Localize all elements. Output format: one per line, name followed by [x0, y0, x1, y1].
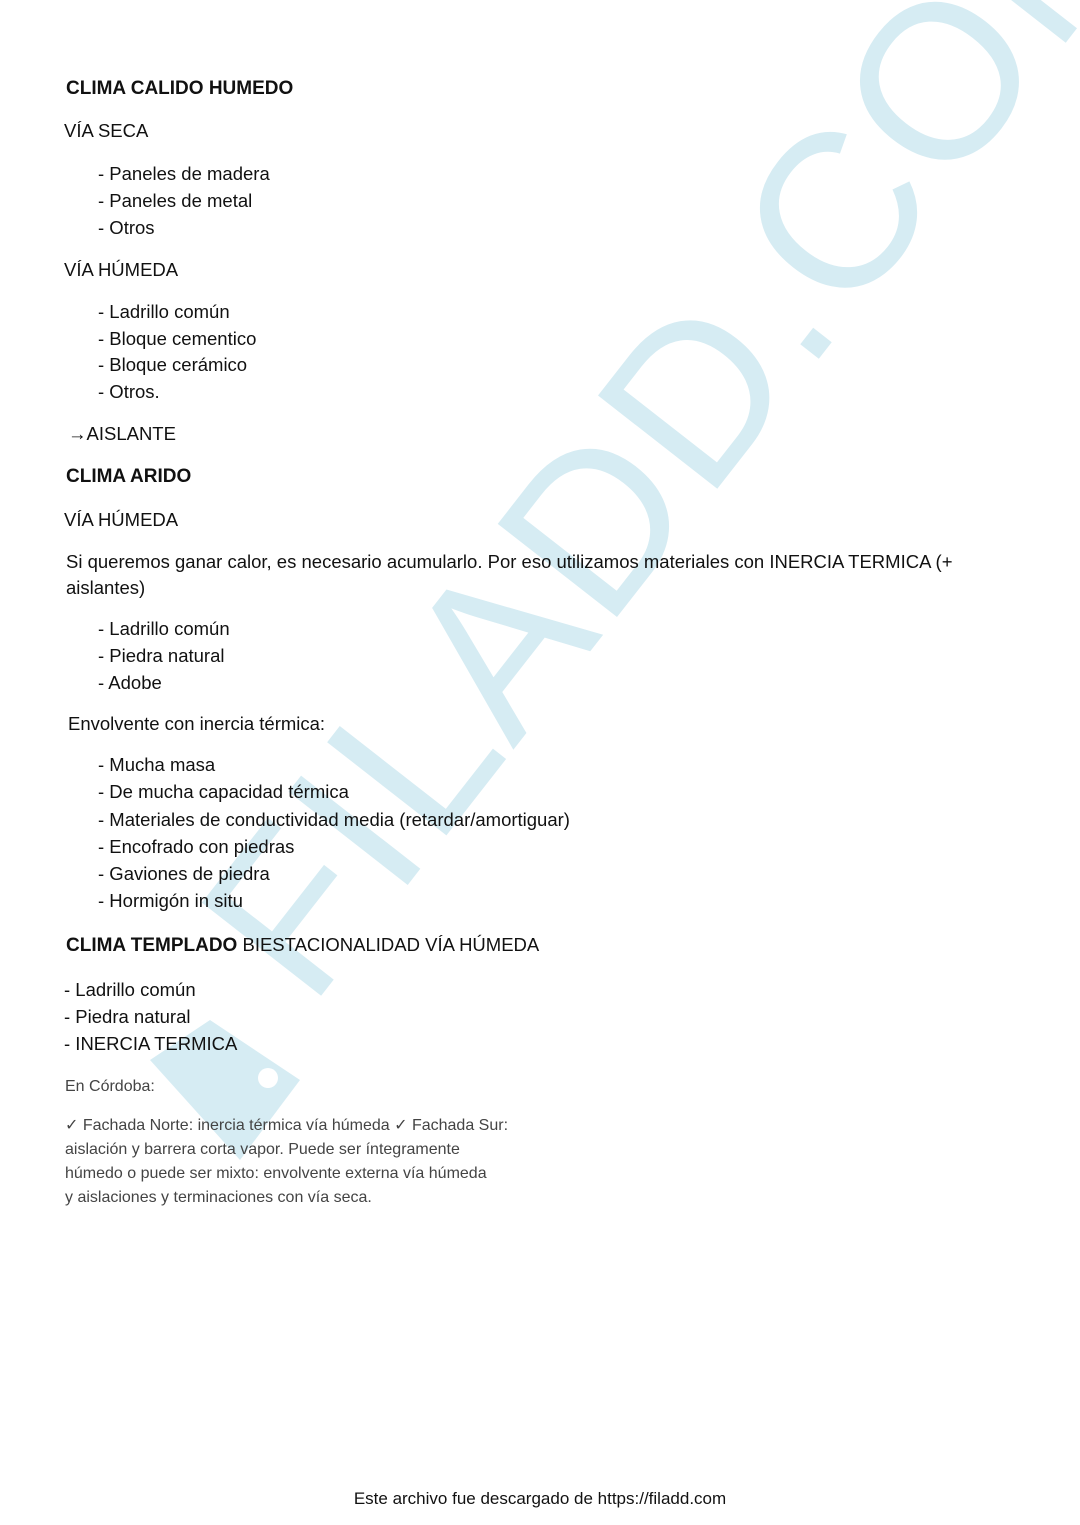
list-item: - Bloque cementico	[98, 327, 256, 351]
list-item: - Paneles de madera	[98, 162, 270, 186]
list-item: - Bloque cerámico	[98, 353, 247, 377]
list-item: - Ladrillo común	[98, 300, 230, 324]
cordoba-line: y aislaciones y terminaciones con vía se…	[65, 1186, 372, 1210]
section-title: CLIMA TEMPLADO	[66, 935, 237, 956]
list-item: - Otros.	[98, 380, 160, 404]
list-item: - Ladrillo común	[64, 978, 196, 1002]
cordoba-line: ✓ Fachada Norte: inercia térmica vía húm…	[65, 1114, 508, 1138]
list-item: - Mucha masa	[98, 753, 215, 777]
download-footer: Este archivo fue descargado de https://f…	[0, 1489, 1080, 1509]
subsection-label: VÍA HÚMEDA	[64, 508, 178, 532]
paragraph: Si queremos ganar calor, es necesario ac…	[66, 549, 966, 601]
cordoba-label: En Córdoba:	[65, 1075, 155, 1099]
list-item: - Materiales de conductividad media (ret…	[98, 808, 570, 832]
cordoba-line: húmedo o puede ser mixto: envolvente ext…	[65, 1162, 487, 1186]
list-item: - De mucha capacidad térmica	[98, 780, 349, 804]
list-item: - Encofrado con piedras	[98, 835, 294, 859]
section-heading-line: CLIMA TEMPLADO BIESTACIONALIDAD VÍA HÚME…	[66, 933, 539, 958]
section-title-suffix: BIESTACIONALIDAD VÍA HÚMEDA	[237, 934, 539, 955]
list-item: - Otros	[98, 216, 155, 240]
list-item: - Ladrillo común	[98, 617, 230, 641]
list-item: - Paneles de metal	[98, 189, 252, 213]
list-item: - Piedra natural	[98, 644, 224, 668]
document-page: CLIMA CALIDO HUMEDO VÍA SECA - Paneles d…	[0, 0, 1080, 1525]
section-title: CLIMA CALIDO HUMEDO	[66, 77, 293, 101]
list-item: - Hormigón in situ	[98, 889, 243, 913]
subsection-label: VÍA SECA	[64, 119, 148, 143]
list-item: - Gaviones de piedra	[98, 862, 270, 886]
envelope-label: Envolvente con inercia térmica:	[68, 712, 325, 736]
cordoba-line: aislación y barrera corta vapor. Puede s…	[65, 1138, 460, 1162]
subsection-label: VÍA HÚMEDA	[64, 258, 178, 282]
list-item: - Piedra natural	[64, 1005, 190, 1029]
list-item: - Adobe	[98, 671, 162, 695]
list-item: - INERCIA TERMICA	[64, 1032, 237, 1056]
note-aislante: →AISLANTE	[68, 422, 176, 446]
section-title: CLIMA ARIDO	[66, 465, 191, 489]
